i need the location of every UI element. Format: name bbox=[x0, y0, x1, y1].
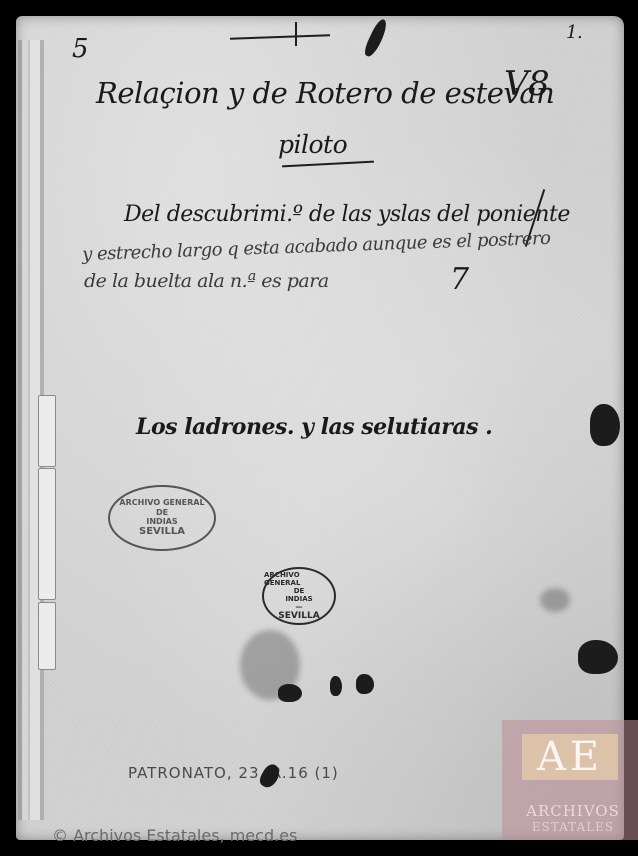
ink-blot bbox=[330, 676, 342, 696]
stamp-text: ARCHIVO GENERAL bbox=[264, 571, 334, 587]
ink-blot bbox=[578, 640, 618, 674]
ink-blot bbox=[278, 684, 302, 702]
stamp-text: SEVILLA bbox=[139, 526, 185, 538]
stamp-text: — bbox=[296, 603, 303, 611]
copyright-notice: © Archivos Estatales, mecd.es bbox=[52, 826, 297, 845]
archive-stamp-1: ARCHIVO GENERAL DE INDIAS SEVILLA bbox=[108, 485, 216, 551]
stamp-text: DE bbox=[294, 587, 305, 595]
binding-tab bbox=[38, 602, 56, 670]
stamp-text: INDIAS bbox=[146, 517, 177, 526]
top-cross-stem bbox=[295, 22, 297, 46]
description-number: 7 bbox=[450, 262, 469, 297]
title-mark: V8 bbox=[504, 64, 549, 104]
description-line-4: Los ladrones. y las selutiaras . bbox=[136, 414, 492, 440]
binding-tab bbox=[38, 468, 56, 600]
watermark-subtext: ESTATALES bbox=[508, 820, 638, 834]
archivos-estatales-watermark: AE ARCHIVOS ESTATALES bbox=[502, 720, 638, 840]
water-stain bbox=[540, 588, 570, 612]
watermark-text: ARCHIVOS bbox=[508, 802, 638, 820]
binding-tab bbox=[38, 395, 56, 467]
description-line-3: de la buelta ala n.ª es para bbox=[84, 270, 329, 292]
folio-number: 1. bbox=[566, 22, 582, 43]
document-subtitle: piloto bbox=[278, 130, 347, 159]
ae-logo-icon: AE bbox=[522, 734, 618, 780]
ink-blot bbox=[356, 674, 374, 694]
stamp-text: SEVILLA bbox=[278, 611, 319, 621]
stamp-text: ARCHIVO GENERAL bbox=[119, 498, 204, 507]
ink-blot bbox=[590, 404, 620, 446]
stamp-text: INDIAS bbox=[285, 595, 312, 603]
document-title: Relaçion y de Rotero de estevan bbox=[96, 76, 554, 110]
folio-mark-left: 5 bbox=[72, 34, 88, 64]
shelfmark-label: PATRONATO, 23, R.16 (1) bbox=[128, 764, 339, 782]
archive-stamp-2: ARCHIVO GENERAL DE INDIAS — SEVILLA bbox=[262, 567, 336, 625]
stamp-text: DE bbox=[156, 508, 168, 517]
description-line-1: Del descubrimi.º de las yslas del ponien… bbox=[124, 202, 570, 227]
